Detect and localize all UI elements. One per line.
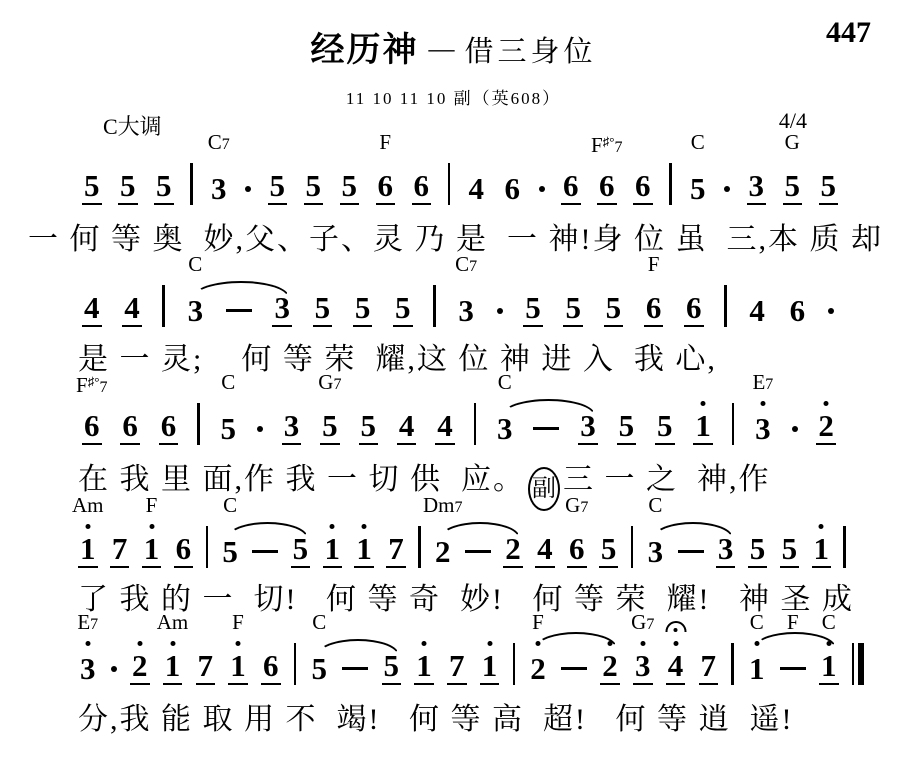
barline <box>843 526 846 568</box>
note-digit: 6 <box>684 292 704 327</box>
note: 6G7 <box>567 522 587 568</box>
note: 1F <box>228 639 248 685</box>
octave-dot <box>330 524 335 529</box>
note: 4 <box>397 399 417 445</box>
note-digit: 6 <box>567 533 587 568</box>
note-digit: 7 <box>447 650 467 685</box>
note: 5 <box>118 159 138 205</box>
dot-augmentation <box>828 308 834 314</box>
barline-cell <box>448 159 451 205</box>
note-digit: 4 <box>122 292 142 327</box>
note-digit: 6 <box>644 292 664 327</box>
sheet-page: 447 经历神—借三身位 11 10 11 10 副（英608） C大调 4/4… <box>0 0 907 764</box>
note: 1 <box>480 639 500 685</box>
note: 6 <box>412 159 432 205</box>
chord-label: C <box>750 611 764 633</box>
note-digit: 2 <box>433 536 453 568</box>
note-digit: 6 <box>412 170 432 205</box>
chord-label: E7 <box>77 611 98 636</box>
barline-cell <box>513 639 516 685</box>
note: 1 <box>354 522 374 568</box>
note: 4 <box>82 281 102 327</box>
note-digit: 1 <box>480 650 500 685</box>
note: 4 <box>747 281 767 327</box>
barline <box>724 285 727 327</box>
note-digit: 5 <box>154 170 174 205</box>
note-digit: 7 <box>110 533 130 568</box>
note: 6 <box>561 159 581 205</box>
note: 5 <box>604 281 624 327</box>
note-digit: 5 <box>268 170 288 205</box>
barline-cell <box>724 281 727 327</box>
dot-cell <box>828 281 834 327</box>
chord-label: F <box>379 131 391 153</box>
note: 6 <box>503 159 523 205</box>
barline <box>162 285 165 327</box>
octave-dot <box>149 524 154 529</box>
note: 4 <box>122 281 142 327</box>
barline <box>448 163 451 205</box>
octave-dot <box>487 641 492 646</box>
note-digit: 6 <box>174 533 194 568</box>
barline <box>731 643 734 685</box>
dot-augmentation <box>539 186 545 192</box>
note: 7 <box>447 639 467 685</box>
chord-label: C <box>648 494 662 516</box>
chord-label: G7 <box>565 494 588 519</box>
chord-number: 7 <box>455 499 463 516</box>
fermata-icon <box>665 621 686 632</box>
note-digit: 6 <box>82 410 102 445</box>
dot-augmentation <box>724 186 730 192</box>
lyric-text: 了 我 的 一 切! 何 等 奇 妙! 何 等 荣 耀! 神 圣 成 <box>78 583 854 616</box>
note-digit: 5 <box>310 653 330 685</box>
barline-cell <box>294 639 297 685</box>
refrain-mark: 副 <box>528 467 560 511</box>
chord-number: 7 <box>222 136 230 153</box>
chord-number: 7 <box>469 258 477 275</box>
note-digit: 3 <box>272 292 292 327</box>
chord-label: G <box>785 131 800 153</box>
barline-cell <box>732 399 735 445</box>
chord-accidental: ♯° <box>88 374 100 389</box>
note-digit: 6 <box>120 410 140 445</box>
chord-number: 7 <box>580 499 588 516</box>
dash-extend <box>252 550 278 553</box>
note-digit: 3 <box>456 295 476 327</box>
note: 6 <box>159 399 179 445</box>
barline-cell <box>190 159 193 205</box>
note: 1 <box>812 522 832 568</box>
lyric-line: 分,我 能 取 用 不 竭! 何 等 高 超! 何 等 逍 遥! <box>78 700 793 740</box>
note: 7 <box>110 522 130 568</box>
note: 6 <box>174 522 194 568</box>
note-digit: 4 <box>467 173 487 205</box>
note-digit: 3 <box>753 413 773 445</box>
chord-number: 7 <box>646 616 654 633</box>
note: 5 <box>353 281 373 327</box>
key-signature: C大调 <box>103 110 162 141</box>
note: 1Am <box>163 639 183 685</box>
song-subtitle: 借三身位 <box>464 36 596 68</box>
note: 1 <box>323 522 343 568</box>
note-digit: 5 <box>617 410 637 445</box>
lyric-line: 是 一 灵; 何 等 荣 耀,这 位 神 进 入 我 心, <box>78 340 717 380</box>
chord-label: C <box>223 494 237 516</box>
note: 5 <box>655 399 675 445</box>
lyric-text: 三 一 之 神,作 <box>563 463 771 496</box>
note-digit: 6 <box>788 295 808 327</box>
note-digit: 5 <box>688 173 708 205</box>
note-digit: 5 <box>393 292 413 327</box>
chord-label: C7 <box>455 253 477 278</box>
tie-arc <box>754 632 836 648</box>
note: 5 <box>359 399 379 445</box>
note: 5G <box>783 159 803 205</box>
note: 5 <box>523 281 543 327</box>
lyric-text: 在 我 里 面,作 我 一 切 供 应。 <box>78 463 525 496</box>
dash-extend <box>465 550 491 553</box>
title-dash: — <box>428 34 454 63</box>
note-digit: 1 <box>163 650 183 685</box>
lyric-text: 是 一 灵; 何 等 荣 耀,这 位 神 进 入 我 心, <box>78 343 717 376</box>
note-digit: 3 <box>186 295 206 327</box>
note-digit: 6 <box>561 170 581 205</box>
note-digit: 3 <box>78 653 98 685</box>
chord-label: F <box>232 611 244 633</box>
note-digit: 5 <box>359 410 379 445</box>
music-line: 443C35553C75556F646 <box>82 281 834 327</box>
dot-cell <box>245 159 251 205</box>
chord-number: 7 <box>99 379 107 396</box>
dot-augmentation <box>257 426 263 432</box>
note: 6F <box>644 281 664 327</box>
note-digit: 6 <box>597 170 617 205</box>
note-digit: 5 <box>340 170 360 205</box>
chord-label: F♯°7 <box>591 131 622 159</box>
note-digit: 7 <box>196 650 216 685</box>
note: 7 <box>386 522 406 568</box>
note: 3G7 <box>633 639 653 685</box>
octave-dot <box>422 641 427 646</box>
octave-dot <box>85 524 90 529</box>
octave-dot <box>819 524 824 529</box>
tie-arc <box>535 632 617 648</box>
note-digit: 5 <box>748 533 768 568</box>
octave-dot <box>362 524 367 529</box>
meter-pattern: 11 10 11 10 副（英608） <box>0 84 907 109</box>
note: 5C <box>219 399 239 445</box>
octave-dot <box>760 401 765 406</box>
chord-label: F <box>648 253 660 275</box>
barline-cell <box>474 399 477 445</box>
note-digit: 6 <box>503 173 523 205</box>
dot-augmentation <box>111 666 117 672</box>
note-digit: 1 <box>812 533 832 568</box>
note-digit: 5 <box>604 292 624 327</box>
note-digit: 5 <box>783 170 803 205</box>
note: 4 <box>535 522 555 568</box>
note-digit: 5 <box>118 170 138 205</box>
chord-label: G7 <box>631 611 654 636</box>
note-digit: 4 <box>82 292 102 327</box>
barline-cell <box>206 522 209 568</box>
final-barline-cell <box>852 639 864 685</box>
note-digit: 6 <box>159 410 179 445</box>
dot-cell <box>111 639 117 685</box>
chord-label: E7 <box>752 371 773 396</box>
barline-cell <box>433 281 436 327</box>
chord-label: G7 <box>318 371 341 396</box>
dash-extend <box>780 667 806 670</box>
note-digit: 1 <box>747 653 767 685</box>
note: 3C7 <box>209 159 229 205</box>
barline-cell <box>197 399 200 445</box>
note-digit: 5 <box>382 650 402 685</box>
barline <box>190 163 193 205</box>
music-line: 6F♯°7665C35G75443C35513E72 <box>82 399 836 445</box>
barline-thick <box>858 643 864 685</box>
note-digit: 4 <box>435 410 455 445</box>
barline-thin <box>852 643 855 685</box>
note: 6F♯°7 <box>82 399 102 445</box>
barline <box>206 526 209 568</box>
dash-extend <box>342 667 368 670</box>
note-digit: 5 <box>304 170 324 205</box>
note-digit: 1 <box>142 533 162 568</box>
note: 1Am <box>78 522 98 568</box>
note-digit: 2 <box>816 410 836 445</box>
dot-cell <box>497 281 503 327</box>
note: 2 <box>816 399 836 445</box>
octave-dot <box>824 401 829 406</box>
note-digit: 5 <box>523 292 543 327</box>
note: 5 <box>268 159 288 205</box>
chord-label: Dm7 <box>423 494 463 519</box>
octave-dot <box>137 641 142 646</box>
note-digit: 1 <box>819 650 839 685</box>
note: 3C7 <box>456 281 476 327</box>
note: 6 <box>261 639 281 685</box>
title-row: 经历神—借三身位 <box>0 22 907 71</box>
chord-label: F♯°7 <box>76 371 107 399</box>
note-digit: 5 <box>655 410 675 445</box>
note: 7 <box>196 639 216 685</box>
note-digit: 1 <box>414 650 434 685</box>
note-digit: 6 <box>376 170 396 205</box>
barline-cell <box>731 639 734 685</box>
chord-number: 7 <box>333 376 341 393</box>
octave-dot <box>640 641 645 646</box>
chord-number: 7 <box>765 376 773 393</box>
note-digit: 2 <box>130 650 150 685</box>
dot-cell <box>257 399 263 445</box>
barline <box>513 643 516 685</box>
note: 6 <box>684 281 704 327</box>
barline-cell <box>162 281 165 327</box>
note: 3E7 <box>78 639 98 685</box>
note-digit: 3 <box>716 533 736 568</box>
dot-augmentation <box>245 186 251 192</box>
note-digit: 6 <box>261 650 281 685</box>
note: 5C <box>688 159 708 205</box>
note-digit: 4 <box>397 410 417 445</box>
song-title: 经历神 <box>310 31 418 69</box>
note-digit: 3 <box>646 536 666 568</box>
note: 6F♯°7 <box>597 159 617 205</box>
chord-label: C <box>691 131 705 153</box>
note: 5 <box>304 159 324 205</box>
note: 3E7 <box>753 399 773 445</box>
dash-extend <box>226 309 252 312</box>
note-digit: 3 <box>282 410 302 445</box>
note-digit: 5 <box>82 170 102 205</box>
note: 6F <box>376 159 396 205</box>
chord-label: C7 <box>208 131 230 156</box>
barline-cell <box>418 522 421 568</box>
chord-number: 7 <box>90 616 98 633</box>
barline <box>732 403 735 445</box>
music-line: 5553C75556F64666F♯°765C35G5 <box>82 159 838 205</box>
note-digit: 5 <box>220 536 240 568</box>
note: 5 <box>313 281 333 327</box>
chord-accidental: ♯° <box>603 134 615 149</box>
chord-label: F <box>787 611 799 633</box>
note: 5G7 <box>320 399 340 445</box>
note-digit: 4 <box>666 650 686 685</box>
note-digit: 3 <box>578 410 598 445</box>
note-digit: 5 <box>599 533 619 568</box>
note-digit: 6 <box>633 170 653 205</box>
note: 7 <box>699 639 719 685</box>
note-digit: 5 <box>780 533 800 568</box>
note: 5 <box>599 522 619 568</box>
octave-dot <box>701 401 706 406</box>
note-digit: 5 <box>291 533 311 568</box>
note: 3 <box>282 399 302 445</box>
note: 5 <box>340 159 360 205</box>
lyric-text: 分,我 能 取 用 不 竭! 何 等 高 超! 何 等 逍 遥! <box>78 703 793 736</box>
chord-number: 7 <box>614 139 622 156</box>
note-digit: 5 <box>320 410 340 445</box>
dot-cell <box>724 159 730 205</box>
barline <box>669 163 672 205</box>
note-digit: 1 <box>693 410 713 445</box>
note-digit: 1 <box>228 650 248 685</box>
note: 4 <box>666 639 686 685</box>
chord-label: C <box>822 611 836 633</box>
note-digit: 5 <box>563 292 583 327</box>
chord-label: Am <box>157 611 189 633</box>
note-digit: 3 <box>209 173 229 205</box>
dash-extend <box>561 667 587 670</box>
note-digit: 2 <box>600 650 620 685</box>
note: 5 <box>563 281 583 327</box>
note-digit: 3 <box>495 413 515 445</box>
note-digit: 1 <box>78 533 98 568</box>
note: 6 <box>120 399 140 445</box>
note: 6 <box>788 281 808 327</box>
note: 5 <box>82 159 102 205</box>
note-digit: 5 <box>353 292 373 327</box>
note: 4 <box>435 399 455 445</box>
dash-extend <box>678 550 704 553</box>
note: 5 <box>748 522 768 568</box>
note: 5 <box>819 159 839 205</box>
dash-extend <box>533 427 559 430</box>
chord-label: C <box>312 611 326 633</box>
note: 5 <box>780 522 800 568</box>
octave-dot <box>85 641 90 646</box>
barline-cell <box>631 522 634 568</box>
note: 5 <box>393 281 413 327</box>
note-digit: 4 <box>535 533 555 568</box>
music-line: 3E721Am71F65C51712F23G7471CF1C <box>78 639 864 685</box>
note-digit: 2 <box>528 653 548 685</box>
music-line: 1Am71F65C51172Dm7246G753C3551 <box>78 522 846 568</box>
chord-label: Am <box>72 494 104 516</box>
barline <box>474 403 477 445</box>
octave-dot <box>236 641 241 646</box>
note-digit: 4 <box>747 295 767 327</box>
note-digit: 5 <box>313 292 333 327</box>
note-digit: 3 <box>633 650 653 685</box>
chord-label: C <box>221 371 235 393</box>
barline <box>294 643 297 685</box>
dot-cell <box>539 159 545 205</box>
chord-label: F <box>532 611 544 633</box>
note: 2 <box>130 639 150 685</box>
barline-cell <box>843 522 846 568</box>
note: 5 <box>617 399 637 445</box>
note: 1F <box>142 522 162 568</box>
note-digit: 1 <box>323 533 343 568</box>
note-digit: 5 <box>219 413 239 445</box>
dot-augmentation <box>792 426 798 432</box>
barline-cell <box>669 159 672 205</box>
dot-cell <box>792 399 798 445</box>
note-digit: 7 <box>386 533 406 568</box>
octave-dot <box>170 641 175 646</box>
octave-dot <box>673 641 678 646</box>
note: 1 <box>693 399 713 445</box>
chord-label: C <box>498 371 512 393</box>
note-digit: 1 <box>354 533 374 568</box>
note: 4 <box>467 159 487 205</box>
note: 1 <box>414 639 434 685</box>
dot-augmentation <box>497 308 503 314</box>
chord-label: F <box>146 494 158 516</box>
chord-label: C <box>188 253 202 275</box>
note-digit: 7 <box>699 650 719 685</box>
note-digit: 2 <box>503 533 523 568</box>
note: 5 <box>154 159 174 205</box>
note-digit: 5 <box>819 170 839 205</box>
note-digit: 3 <box>747 170 767 205</box>
barline <box>433 285 436 327</box>
note: 6 <box>633 159 653 205</box>
barline <box>418 526 421 568</box>
note: 3 <box>747 159 767 205</box>
barline <box>197 403 200 445</box>
lyric-line: 了 我 的 一 切! 何 等 奇 妙! 何 等 荣 耀! 神 圣 成 <box>78 580 854 620</box>
barline <box>631 526 634 568</box>
